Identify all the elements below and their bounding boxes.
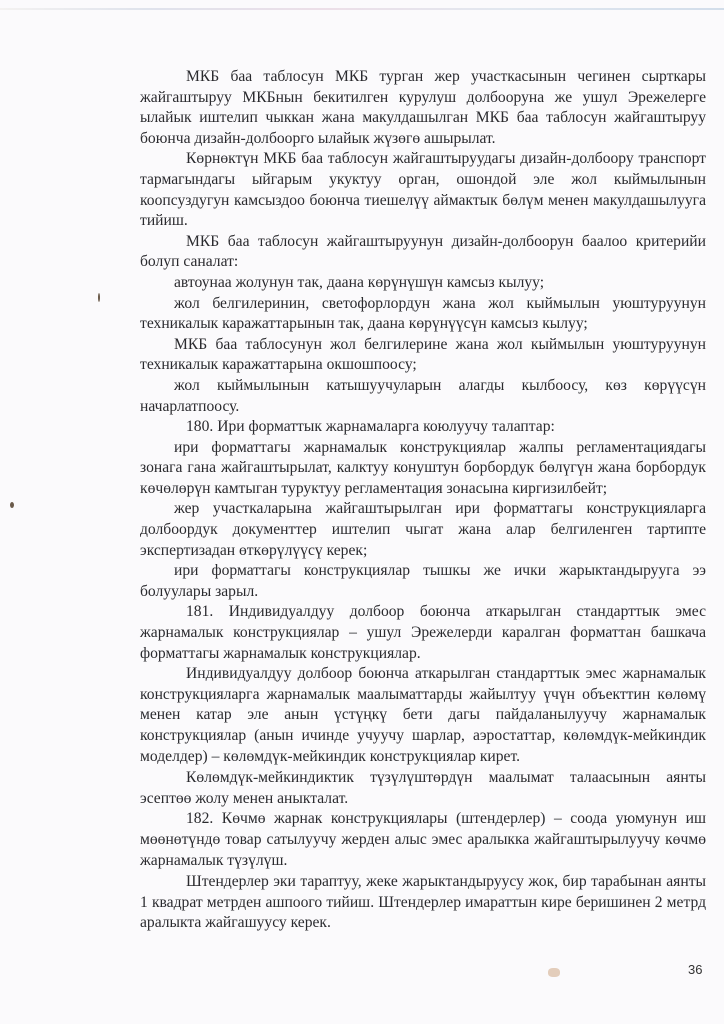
paragraph: Индивидуалдуу долбоор боюнча аткарылган … — [140, 664, 706, 767]
paragraph: МКБ баа таблосун МКБ турган жер участкас… — [140, 67, 706, 149]
paragraph: Штендерлер эки тараптуу, жеке жарыктанды… — [140, 872, 706, 934]
paragraph: Көлөмдүк-мейкиндиктик түзүлүштөрдүн маал… — [140, 768, 706, 809]
list-item: жер участкаларына жайгаштырылган ири фор… — [140, 499, 706, 561]
paragraph: Көрнөктүн МКБ баа таблосун жайгаштырууда… — [140, 149, 706, 231]
document-body: МКБ баа таблосун МКБ турган жер участкас… — [140, 67, 706, 934]
scan-stain — [548, 968, 560, 977]
section-181: 181. Индивидуалдуу долбоор боюнча аткары… — [140, 602, 706, 664]
paragraph: МКБ баа таблосун жайгаштыруунун дизайн-д… — [140, 232, 706, 273]
list-item: жол белгилеринин, светофорлордун жана жо… — [140, 294, 706, 335]
list-item: автоунаа жолунун так, даана көрүнүшүн ка… — [140, 273, 706, 294]
scan-speck — [98, 293, 100, 302]
page-number: 36 — [688, 962, 702, 977]
list-item: МКБ баа таблосунун жол белгилерине жана … — [140, 335, 706, 376]
scan-speck — [10, 502, 14, 508]
section-heading-180: 180. Ири форматтык жарнамаларга коюлуучу… — [140, 417, 706, 438]
section-182: 182. Көчмө жарнак конструкциялары (штенд… — [140, 809, 706, 871]
list-item: жол кыймылынын катышуучуларын алагды кыл… — [140, 376, 706, 417]
list-item: ири форматтагы конструкциялар тышкы же и… — [140, 561, 706, 602]
list-item: ири форматтагы жарнамалык конструкциялар… — [140, 438, 706, 500]
scan-edge — [0, 8, 724, 10]
